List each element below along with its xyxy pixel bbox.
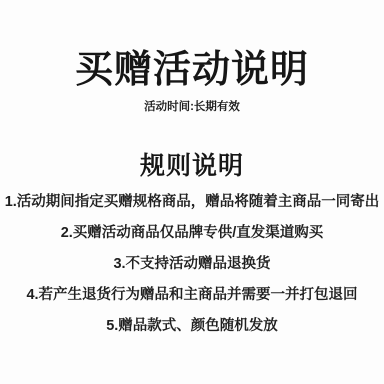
rule-item-2: 2.买赠活动商品仅品牌专供/直发渠道购买 xyxy=(0,218,384,249)
rules-heading: 规则说明 xyxy=(0,153,384,179)
activity-time-subtitle: 活动时间:长期有效 xyxy=(0,100,384,114)
rule-item-4: 4.若产生退货行为赠品和主商品并需要一并打包退回 xyxy=(0,280,384,311)
rules-list: 1.活动期间指定买赠规格商品，赠品将随着主商品一同寄出 2.买赠活动商品仅品牌专… xyxy=(0,187,384,342)
rule-item-3: 3.不支持活动赠品退换货 xyxy=(0,249,384,280)
activity-notice: 买赠活动说明 活动时间:长期有效 规则说明 1.活动期间指定买赠规格商品，赠品将… xyxy=(0,0,384,384)
page-title: 买赠活动说明 xyxy=(0,49,384,91)
rule-item-1: 1.活动期间指定买赠规格商品，赠品将随着主商品一同寄出 xyxy=(0,187,384,218)
rule-item-5: 5.赠品款式、颜色随机发放 xyxy=(0,311,384,342)
